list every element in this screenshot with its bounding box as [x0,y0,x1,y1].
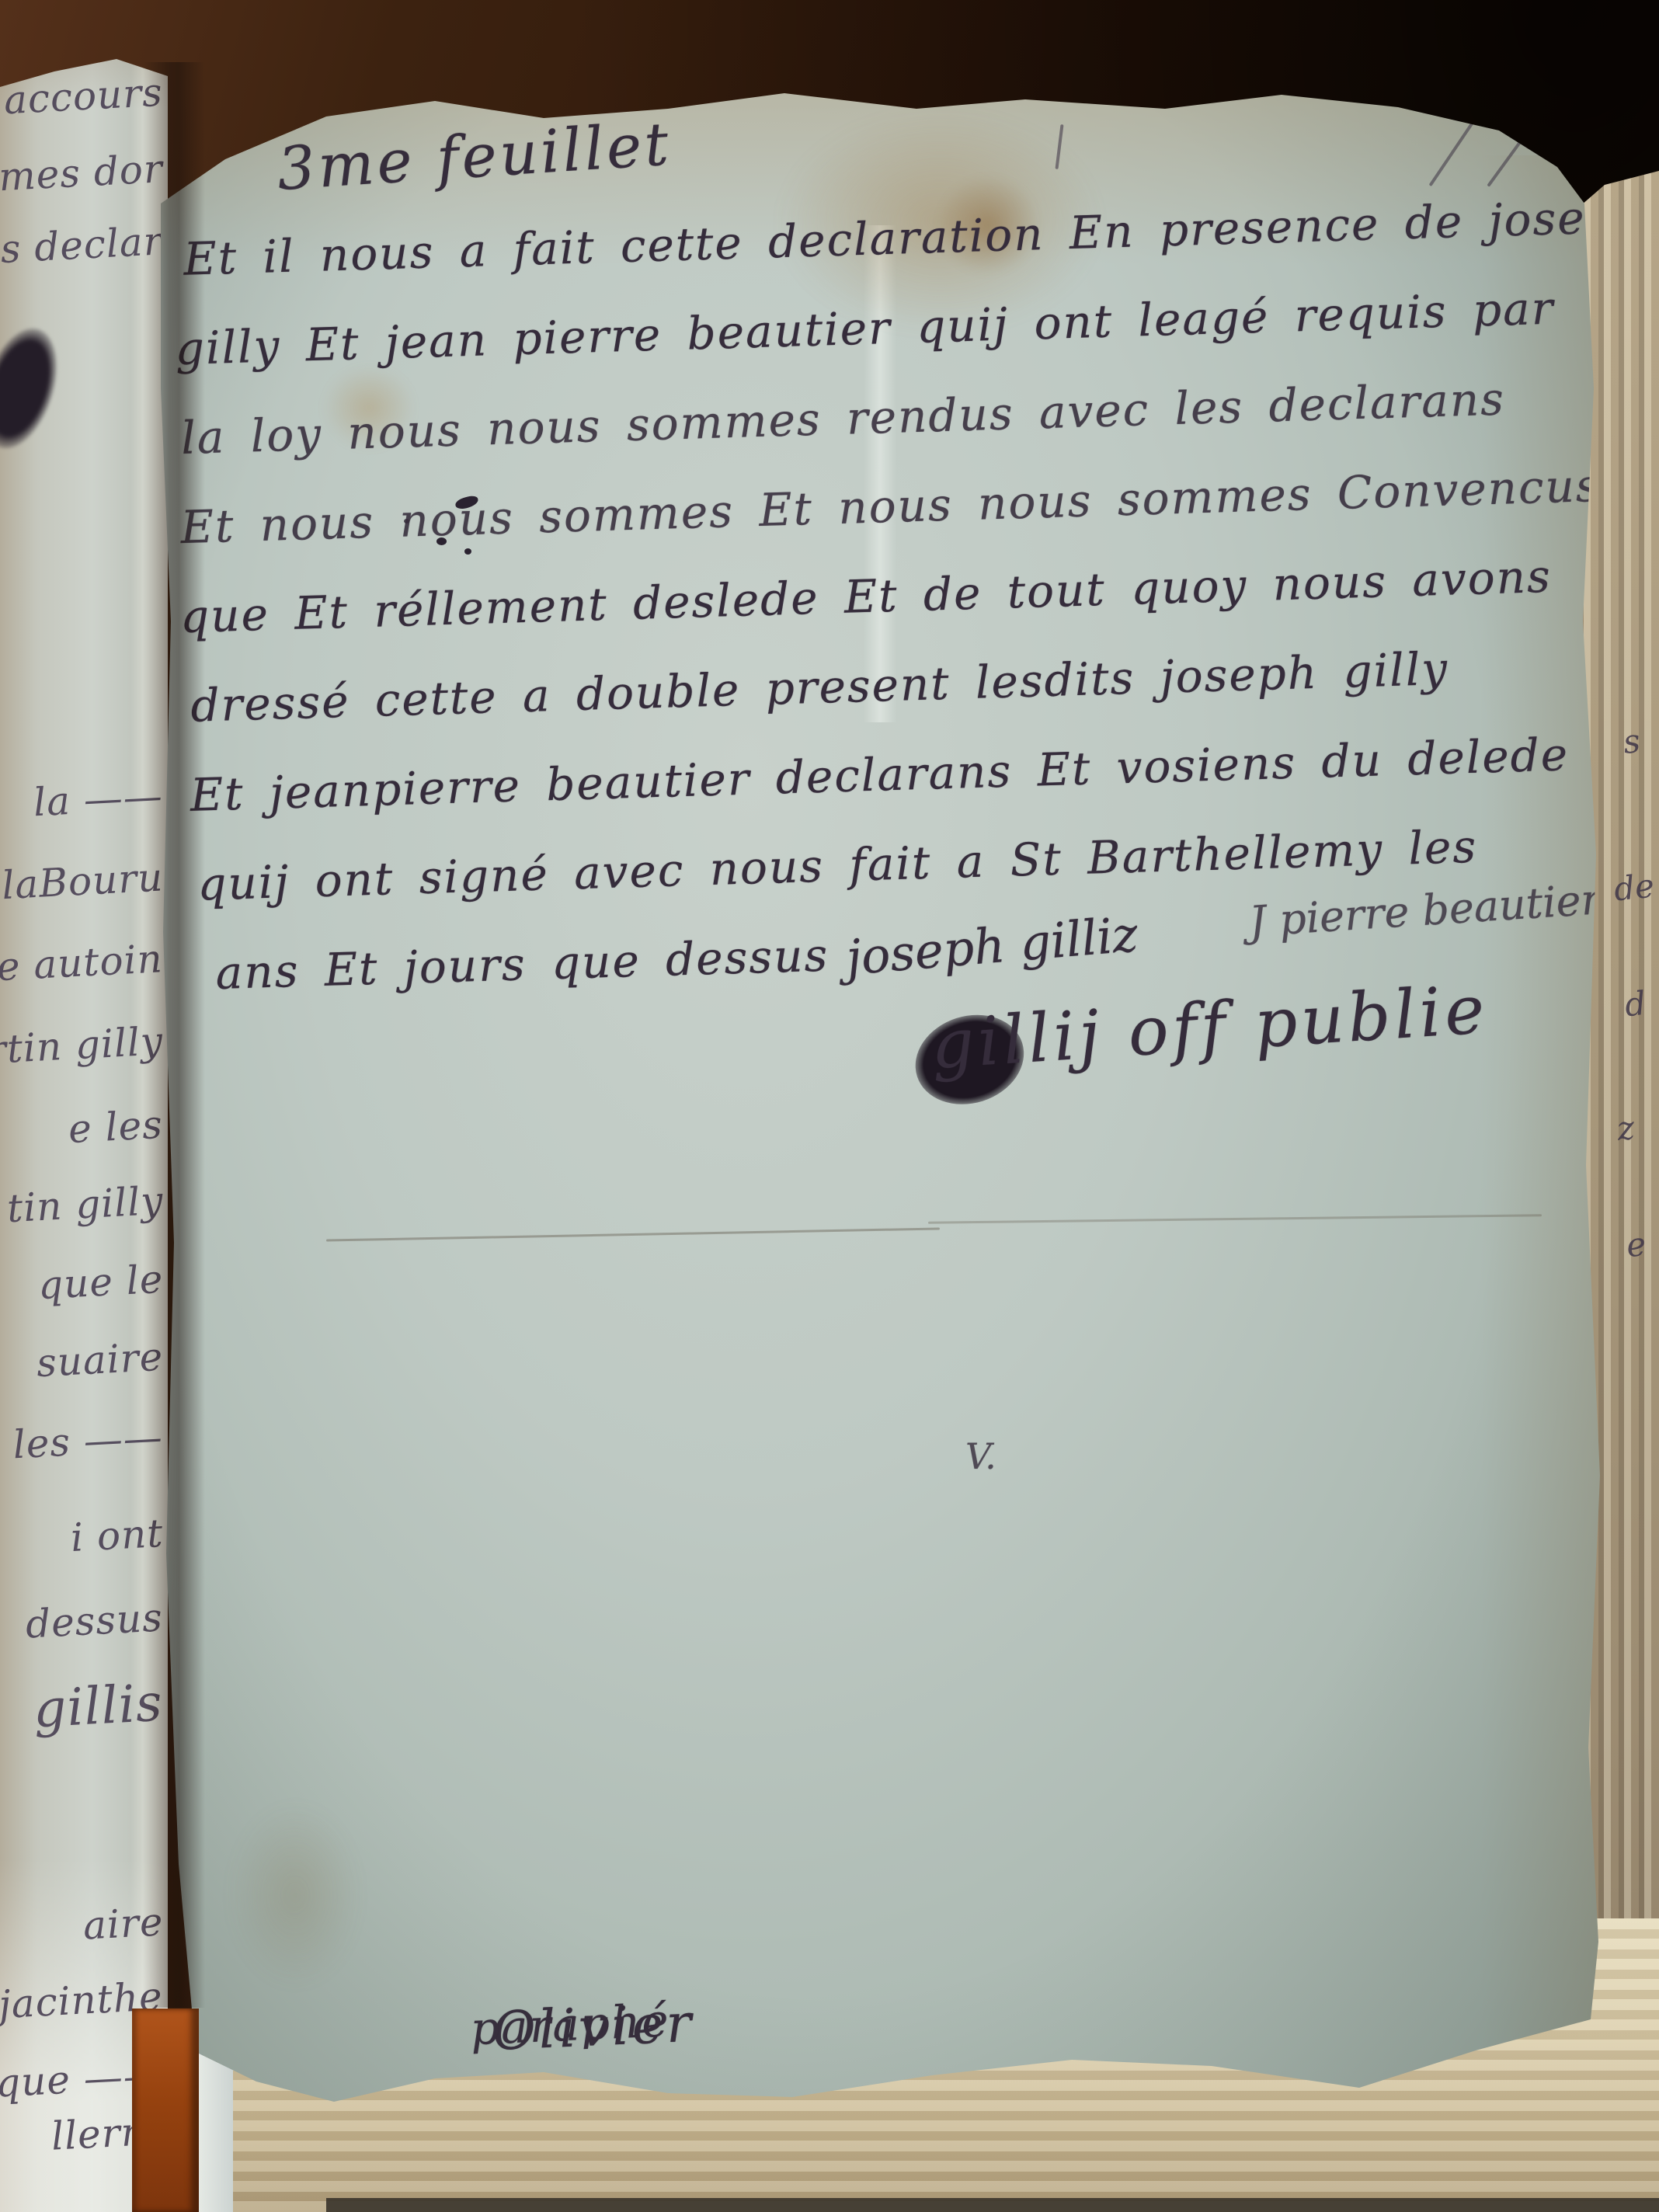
next-page-text-fragment: e [1625,1225,1648,1264]
next-page-text-fragment: d [1623,984,1648,1024]
photo-open-register: accours uimes dor tes declar la —— llij … [0,0,1659,2212]
page-vignette [0,0,1659,2212]
book-spine-shadow [143,62,205,2008]
binding-strip [132,2009,199,2212]
next-page-text-fragment: de [1612,866,1657,908]
next-page-text-fragment: z [1615,1108,1636,1148]
next-page-text-fragment: s [1621,722,1642,761]
manuscript-page: 3me feuillet Et il nous a fait cette dec… [0,0,1659,2212]
left-page-text-fragment: tin gilly [5,1178,164,1231]
bottom-shadow [326,2198,1659,2212]
